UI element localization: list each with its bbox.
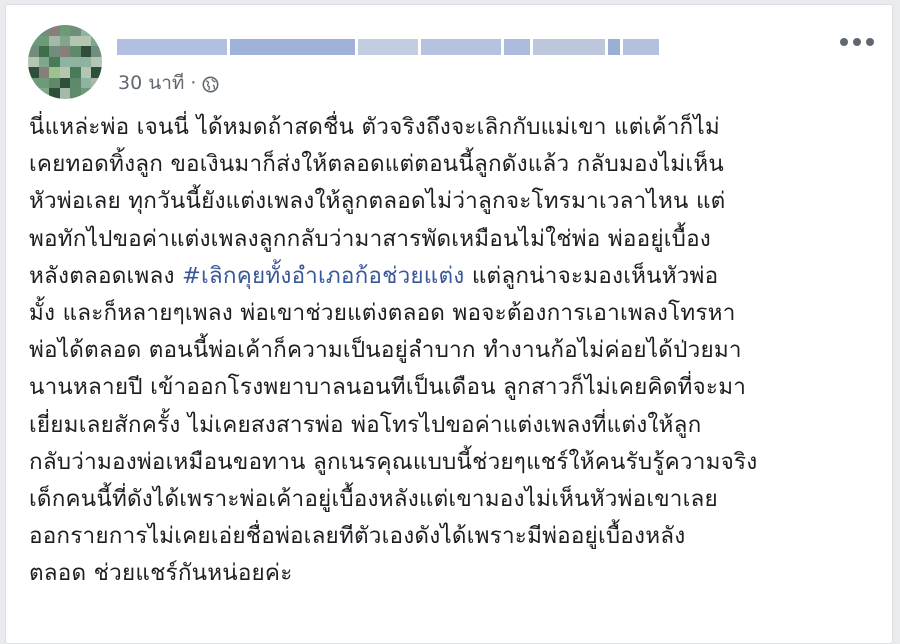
post-line-with-hashtag: หลังตลอดเพลง #เลิกคุยทั้งอำเภอก้อช่วยแต่… [29, 258, 889, 295]
post-text: แต่ลูกน่าจะมองเห็นหัวพ่อ [465, 263, 719, 289]
post-line: พ่อได้ตลอด ตอนนี้พ่อเค้าก็ความเป็นอยู่ลำ… [29, 332, 889, 369]
post-line: กลับว่ามองพ่อเหมือนขอทาน ลูกเนรคุณแบบนี้… [29, 444, 889, 481]
post-timestamp[interactable]: 30 นาที [118, 71, 184, 95]
meta-separator: · [190, 71, 196, 95]
page-edge [895, 0, 900, 618]
post-text: หลังตลอดเพลง [29, 263, 182, 289]
post-line: มั้ง และก็หลายๆเพลง พ่อเขาช่วยแต่งตลอด พ… [29, 295, 889, 332]
hashtag-link[interactable]: #เลิกคุยทั้งอำเภอก้อช่วยแต่ง [182, 263, 465, 289]
post-line: เด็กคนนี้ที่ดังได้เพราะพ่อเค้าอยู่เบื้อง… [29, 481, 889, 518]
post-meta: 30 นาที · [118, 71, 219, 95]
post-header: 30 นาที · [6, 5, 892, 105]
post-line: หัวพ่อเลย ทุกวันนี้ยังแต่งเพลงให้ลูกตลอด… [29, 183, 889, 220]
post-line: นานหลายปี เข้าออกโรงพยาบาลนอนทีเป็นเดือน… [29, 369, 889, 406]
post-body: นี่แหล่ะพ่อ เจนนี่ ได้หมดถ้าสดชื่น ตัวจร… [29, 109, 889, 593]
post-card: 30 นาที · นี่แหล่ะพ่อ เจนนี่ ได้หมดถ้าสด… [5, 4, 893, 618]
more-options-icon[interactable] [840, 34, 874, 50]
post-line: ออกรายการไม่เคยเอ่ยชื่อพ่อเลยทีตัวเองดัง… [29, 518, 889, 555]
post-line: พอทักไปขอค่าแต่งเพลงลูกกลับว่ามาสารพัดเห… [29, 221, 889, 258]
post-line: เคยทอดทิ้งลูก ขอเงินมาก็ส่งให้ตลอดแต่ตอน… [29, 146, 889, 183]
post-line: เยี่ยมเลยสักครั้ง ไม่เคยสงสารพ่อ พ่อโทรไ… [29, 407, 889, 444]
post-line: นี่แหล่ะพ่อ เจนนี่ ได้หมดถ้าสดชื่น ตัวจร… [29, 109, 889, 146]
author-name-redacted[interactable] [117, 36, 659, 58]
globe-icon[interactable] [202, 75, 219, 92]
post-line: ตลอด ช่วยแชร์กันหน่อยค่ะ [29, 555, 889, 592]
author-avatar[interactable] [28, 25, 102, 99]
